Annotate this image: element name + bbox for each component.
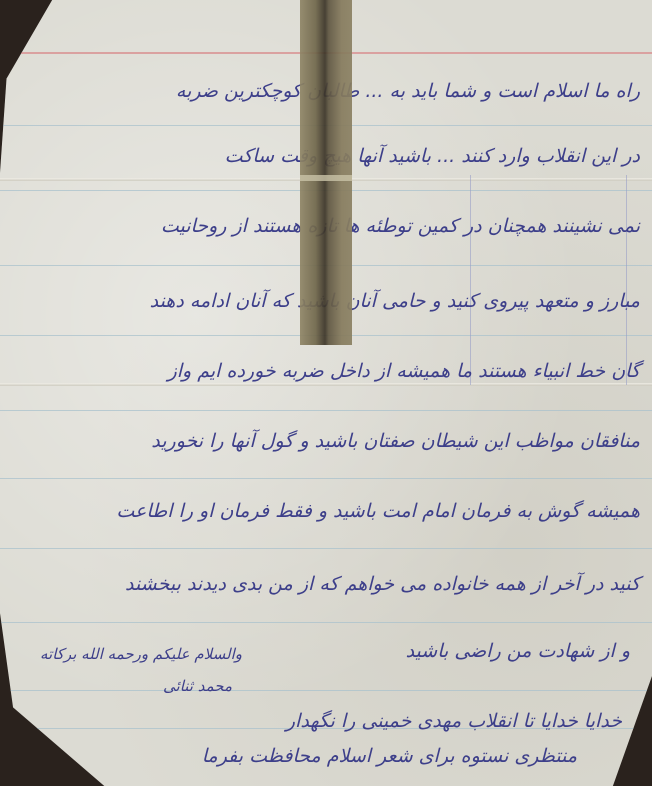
ruled-line — [0, 690, 652, 691]
letter-line-8: کنید در آخر از همه خانواده می خواهم که ا… — [125, 573, 640, 595]
closing-salutation: والسلام علیکم ورحمه الله برکاته — [40, 645, 242, 663]
faded-stamp — [470, 175, 627, 385]
letter-line-5: گان خط انبیاء هستند ما همیشه از داخل ضرب… — [168, 360, 640, 382]
prayer-line-1: خدایا خدایا تا انقلاب مهدی خمینی را نگهد… — [286, 710, 622, 732]
prayer-line-2: منتظری نستوه برای شعر اسلام محافظت بفرما — [202, 745, 577, 767]
ruled-line — [0, 410, 652, 411]
letter-line-1: راه ما اسلام است و شما باید به ... طالبا… — [176, 80, 640, 102]
letter-line-6: منافقان مواظب این شیطان صفتان باشید و گو… — [151, 430, 640, 452]
scanned-letter: راه ما اسلام است و شما باید به ... طالبا… — [0, 0, 652, 786]
tape-crease — [300, 175, 352, 181]
adhesive-tape — [300, 0, 352, 345]
letter-line-4: مبارز و متعهد پیروی کنید و حامی آنان باش… — [150, 290, 640, 312]
letter-line-7: همیشه گوش به فرمان امام امت باشید و فقط … — [116, 500, 640, 522]
ruled-line — [0, 622, 652, 623]
letter-line-2: در این انقلاب وارد کنند ... باشید آنها ه… — [225, 145, 640, 167]
signature: محمد ثنائی — [163, 677, 232, 695]
letter-line-3: نمی نشینند همچنان در کمین توطئه ها تازه … — [161, 215, 640, 237]
letter-line-9: و از شهادت من راضی باشید — [406, 640, 630, 662]
ruled-line — [0, 478, 652, 479]
ruled-line — [0, 548, 652, 549]
